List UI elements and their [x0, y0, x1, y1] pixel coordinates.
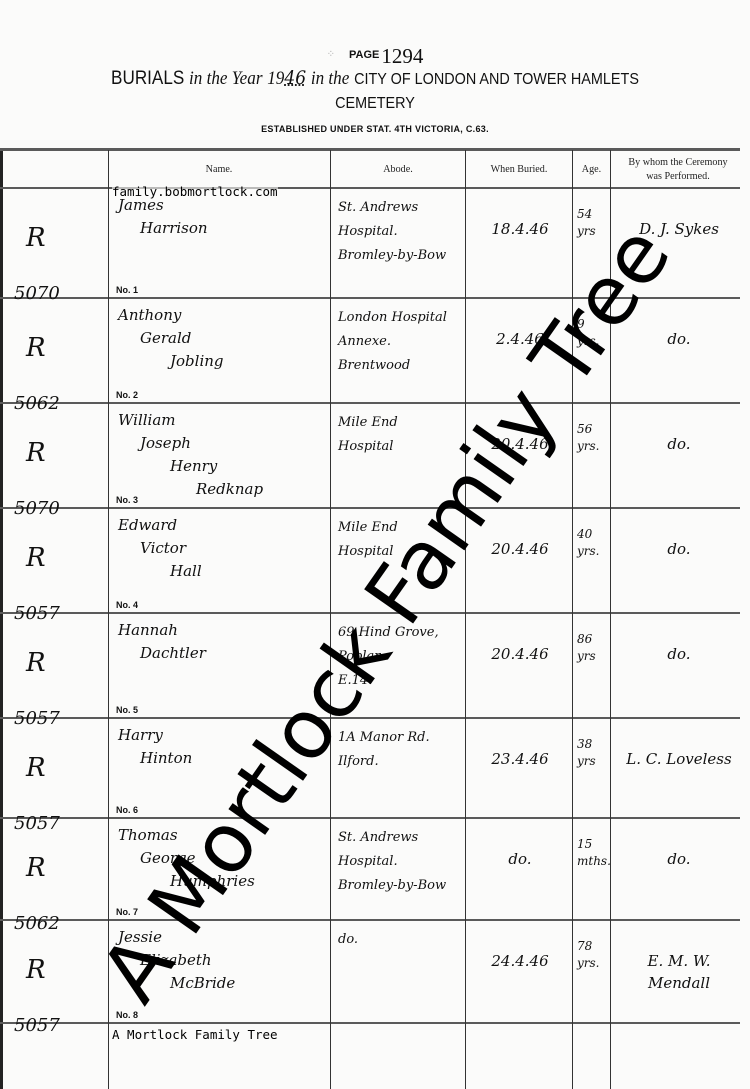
name-part: Dachtler [118, 642, 328, 665]
when-buried: 2.4.46 [470, 328, 570, 402]
abode: 1A Manor Rd. Ilford. [338, 726, 466, 817]
age: 78 yrs. [577, 938, 611, 1022]
name-part: Henry [118, 455, 328, 478]
when-buried: 23.4.46 [470, 748, 570, 817]
when-buried: do. [470, 848, 570, 919]
name-part: Humphries [118, 870, 328, 893]
when-buried: 20.4.46 [470, 433, 570, 507]
table-row: R 5070 JamesHarrison No. 1 St. Andrews H… [0, 188, 740, 297]
registry-ref: R 5057 [14, 621, 104, 717]
name-part: Hall [118, 560, 328, 583]
name-part: Hinton [118, 747, 328, 770]
name-part: Edward [118, 514, 328, 537]
name-part: McBride [118, 972, 328, 995]
name-part: Victor [118, 537, 328, 560]
age: 15 mths. [577, 836, 611, 919]
entry-number: No. 3 [116, 495, 138, 505]
name-part: George [118, 847, 328, 870]
age: 86 yrs [577, 631, 611, 717]
officiant: do. [614, 848, 744, 919]
entry-number: No. 7 [116, 907, 138, 917]
name-part: William [118, 409, 328, 432]
registry-number: 5057 [14, 1015, 60, 1036]
registry-ref: R 5070 [14, 411, 104, 507]
registry-letter: R [14, 754, 104, 782]
entry-number: No. 8 [116, 1010, 138, 1020]
registry-ref: R 5062 [14, 826, 104, 919]
age: 38 yrs [577, 736, 611, 817]
age: 54 yrs [577, 206, 611, 297]
when-buried: 20.4.46 [470, 643, 570, 717]
abode: Mile End Hospital [338, 411, 466, 507]
column-header-age: Age. [574, 150, 608, 188]
name-part: Jessie [118, 926, 328, 949]
register-title-line2: CEMETERY [38, 95, 713, 113]
name-part: Joseph [118, 432, 328, 455]
abode: London Hospital Annexe. Brentwood [338, 306, 466, 402]
column-header-by-whom: By whom the Ceremony was Performed. [616, 150, 739, 188]
age: 56 yrs. [577, 421, 611, 507]
entry-number: No. 2 [116, 390, 138, 400]
when-buried: 20.4.46 [470, 538, 570, 612]
entry-number: No. 1 [116, 285, 138, 295]
registry-letter: R [14, 334, 104, 362]
deceased-name: EdwardVictorHall [118, 514, 328, 612]
watermark-footer: A Mortlock Family Tree [112, 1027, 278, 1042]
deceased-name: JessieElizabethMcBride [118, 926, 328, 1022]
table-row: R 5057 EdwardVictorHall No. 4 Mile End H… [0, 508, 740, 612]
age: 9 yrs. [577, 316, 611, 402]
table-row: R 5062 ThomasGeorgeHumphries No. 7 St. A… [0, 818, 740, 919]
name-part: Harry [118, 724, 328, 747]
abode: St. Andrews Hospital. Bromley-by-Bow [338, 196, 466, 297]
registry-letter: R [14, 544, 104, 572]
name-part: Thomas [118, 824, 328, 847]
abode: St. Andrews Hospital. Bromley-by-Bow [338, 826, 466, 919]
registry-letter: R [14, 649, 104, 677]
officiant: E. M. W. Mendall [614, 950, 744, 1022]
abode: 69 Hind Grove, Poplar. E.14. [338, 621, 466, 717]
deceased-name: HarryHinton [118, 724, 328, 817]
name-part: Anthony [118, 304, 328, 327]
name-part: Harrison [118, 217, 328, 240]
deceased-name: WilliamJosephHenryRedknap [118, 409, 328, 507]
page-number: ⁘PAGE1294 [0, 44, 750, 69]
age: 40 yrs. [577, 526, 611, 612]
watermark-url: family.bobmortlock.com [112, 184, 278, 199]
officiant: do. [614, 643, 744, 717]
entry-number: No. 6 [116, 805, 138, 815]
entry-number: No. 5 [116, 705, 138, 715]
register-title: BURIALS in the Year 1946 in the CITY OF … [38, 67, 713, 90]
abode: Mile End Hospital [338, 516, 466, 612]
row-rule [0, 1022, 740, 1024]
officiant: do. [614, 328, 744, 402]
deceased-name: AnthonyGeraldJobling [118, 304, 328, 402]
officiant: L. C. Loveless [614, 748, 744, 817]
when-buried: 18.4.46 [470, 218, 570, 297]
deceased-name: HannahDachtler [118, 619, 328, 717]
registry-ref: R 5057 [14, 516, 104, 612]
officiant: do. [614, 433, 744, 507]
table-row: R 5070 WilliamJosephHenryRedknap No. 3 M… [0, 403, 740, 507]
registry-letter: R [14, 439, 104, 467]
page-number-value: 1294 [381, 44, 423, 68]
deceased-name: ThomasGeorgeHumphries [118, 824, 328, 919]
registry-ref: R 5057 [14, 928, 104, 1022]
registry-letter: R [14, 956, 104, 984]
column-header-when-buried: When Buried. [470, 150, 568, 188]
table-row: R 5057 JessieElizabethMcBride No. 8 do. … [0, 920, 740, 1022]
deceased-name: JamesHarrison [118, 194, 328, 297]
when-buried: 24.4.46 [470, 950, 570, 1022]
page-label: PAGE [349, 49, 379, 61]
name-part: Gerald [118, 327, 328, 350]
name-part: Jobling [118, 350, 328, 373]
registry-ref: R 5057 [14, 726, 104, 817]
abode: do. [338, 928, 466, 1022]
table-row: R 5057 HarryHinton No. 6 1A Manor Rd. Il… [0, 718, 740, 817]
name-part: Redknap [118, 478, 328, 501]
officiant: D. J. Sykes [614, 218, 744, 297]
entry-number: No. 4 [116, 600, 138, 610]
column-header-name: Name. [117, 150, 321, 188]
registry-ref: R 5070 [14, 196, 104, 297]
registry-ref: R 5062 [14, 306, 104, 402]
name-part: Hannah [118, 619, 328, 642]
established-note: ESTABLISHED UNDER STAT. 4TH VICTORIA, C.… [0, 124, 750, 134]
officiant: do. [614, 538, 744, 612]
table-row: R 5057 HannahDachtler No. 5 69 Hind Grov… [0, 613, 740, 717]
name-part: Elizabeth [118, 949, 328, 972]
handwritten-year: 46 [284, 67, 306, 89]
table-row: R 5062 AnthonyGeraldJobling No. 2 London… [0, 298, 740, 402]
registry-letter: R [14, 854, 104, 882]
registry-letter: R [14, 224, 104, 252]
column-header-abode: Abode. [336, 150, 459, 188]
